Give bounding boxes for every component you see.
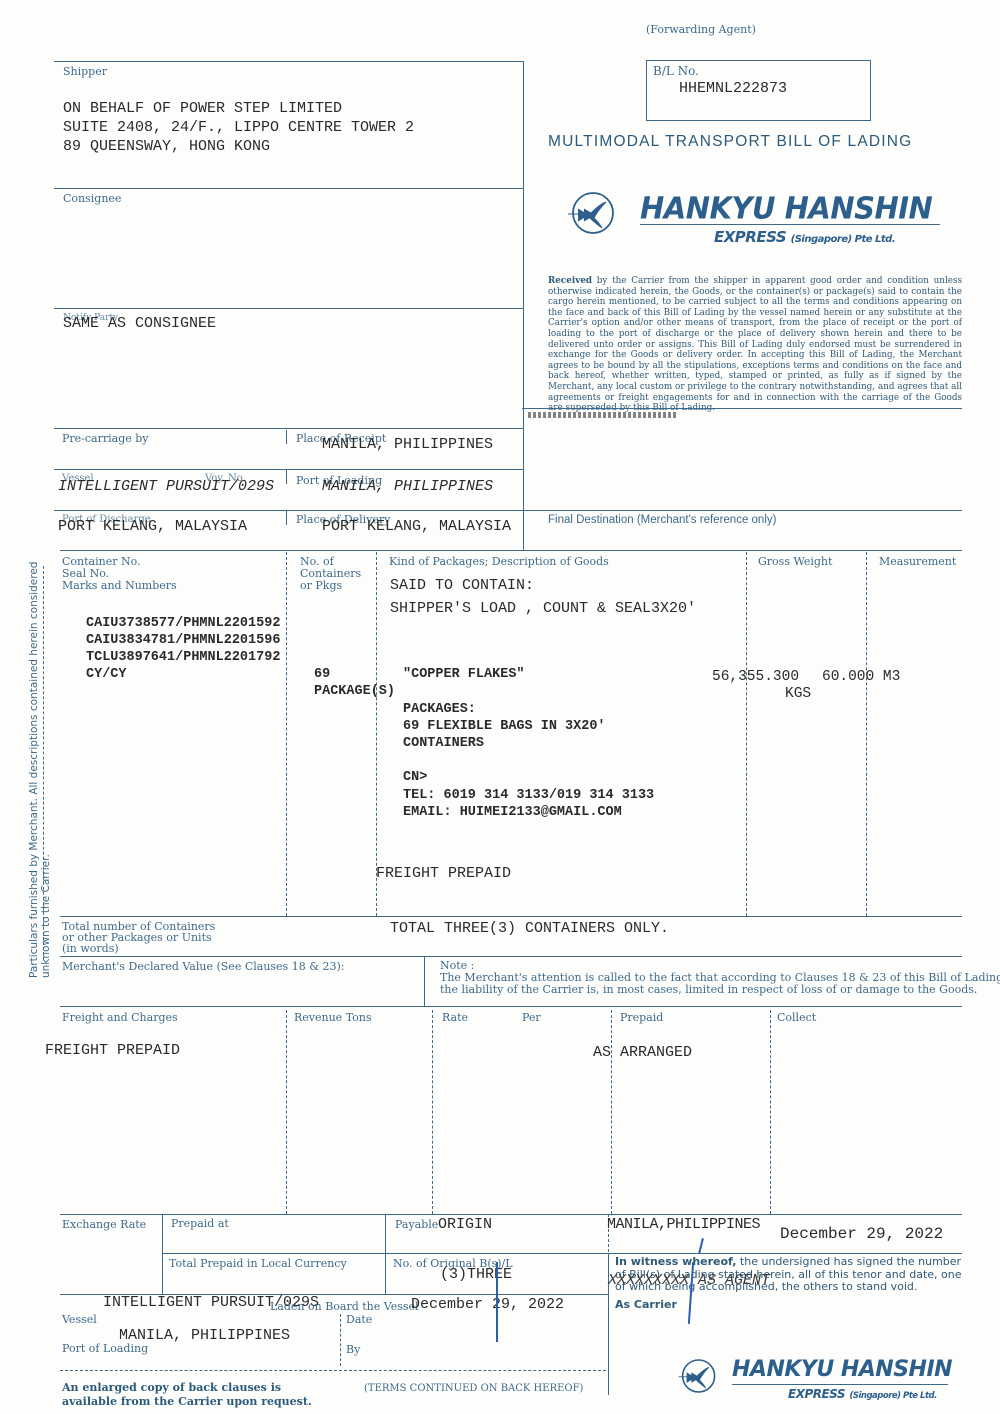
divider bbox=[60, 916, 962, 917]
package-unit: PACKAGE(S) bbox=[314, 684, 395, 700]
desc-line: CONTAINERS bbox=[403, 736, 484, 752]
prepaid-label: Prepaid bbox=[620, 1012, 663, 1024]
divider bbox=[424, 956, 425, 1006]
date-of-issue: December 29, 2022 bbox=[780, 1226, 943, 1243]
divider bbox=[162, 1214, 163, 1294]
brand-subtitle-bottom: EXPRESS (Singapore) Pte Ltd. bbox=[788, 1385, 937, 1403]
pre-carriage-label: Pre-carriage by bbox=[62, 433, 149, 445]
col-divider bbox=[770, 1010, 771, 1214]
shipper-label: Shipper bbox=[63, 66, 107, 78]
consignee-label: Consignee bbox=[63, 193, 121, 205]
bl-number-label: B/L No. bbox=[653, 65, 699, 77]
brand-subtitle: EXPRESS (Singapore) Pte Ltd. bbox=[714, 228, 895, 247]
place-of-delivery-value: PORT KELANG, MALAYSIA bbox=[322, 518, 511, 535]
signature-mark bbox=[698, 1238, 704, 1254]
vessel-label: Vessel bbox=[62, 1314, 97, 1326]
freight-value: FREIGHT PREPAID bbox=[45, 1042, 180, 1059]
airplane-circle-icon bbox=[677, 1356, 717, 1396]
payable-value: ORIGIN bbox=[438, 1216, 492, 1233]
col-divider bbox=[432, 1010, 433, 1214]
divider bbox=[162, 1253, 962, 1254]
description-column-header: Kind of Packages; Description of Goods bbox=[389, 556, 609, 568]
divider bbox=[60, 956, 962, 957]
document-title: MULTIMODAL TRANSPORT BILL OF LADING bbox=[548, 133, 912, 151]
divider bbox=[385, 1214, 386, 1294]
freight-charges-label: Freight and Charges bbox=[62, 1012, 178, 1024]
received-lead: Received bbox=[548, 276, 592, 286]
container-mark: TCLU3897641/PHMNL2201792 bbox=[86, 650, 280, 666]
divider bbox=[54, 469, 524, 470]
port-loading-label: Port of Loading bbox=[62, 1343, 148, 1355]
brand-singapore: (Singapore) Pte Ltd. bbox=[791, 234, 896, 245]
prepaid-value: AS ARRANGED bbox=[593, 1044, 692, 1061]
package-count: 69 bbox=[314, 667, 330, 683]
laden-on-board-label: Laden on Board the Vessel bbox=[270, 1301, 419, 1313]
as-agent-stamp: XXXXXXXXX AS AGENT bbox=[608, 1272, 770, 1289]
col-divider bbox=[376, 552, 377, 916]
side-note-line: unknown to the Carrier. bbox=[40, 558, 52, 978]
col-divider bbox=[340, 1314, 341, 1366]
received-text: by the Carrier from the shipper in appar… bbox=[548, 276, 962, 413]
container-mark: CAIU3834781/PHMNL2201596 bbox=[86, 633, 280, 649]
originals-value: (3)THREE bbox=[440, 1266, 512, 1283]
received-clause: Received by the Carrier from the shipper… bbox=[548, 276, 962, 414]
final-destination-label: Final Destination (Merchant's reference … bbox=[548, 514, 776, 526]
per-label: Per bbox=[522, 1012, 541, 1024]
back-clauses-note: An enlarged copy of back clauses is avai… bbox=[62, 1381, 312, 1409]
container-mark: CY/CY bbox=[86, 667, 127, 683]
freight-prepaid-note: FREIGHT PREPAID bbox=[376, 865, 511, 882]
total-prepaid-label: Total Prepaid in Local Currency bbox=[169, 1258, 347, 1270]
gross-weight-column-header: Gross Weight bbox=[758, 556, 832, 568]
brand-logo-bottom bbox=[677, 1356, 717, 1396]
collect-label: Collect bbox=[777, 1012, 816, 1024]
shipper-load-count: SHIPPER'S LOAD , COUNT & SEAL3X20' bbox=[390, 600, 696, 617]
header-line: or Pkgs bbox=[300, 580, 342, 592]
bl-number-box: B/L No. HHEMNL222873 bbox=[646, 60, 871, 121]
divider bbox=[524, 510, 962, 511]
signature-mark bbox=[496, 1262, 498, 1342]
brand-express: EXPRESS bbox=[714, 228, 786, 246]
revenue-tons-label: Revenue Tons bbox=[294, 1012, 372, 1024]
left-column-border bbox=[523, 61, 524, 551]
divider bbox=[60, 1214, 962, 1215]
as-carrier-label: As Carrier bbox=[615, 1298, 677, 1311]
by-label: By bbox=[346, 1344, 360, 1356]
gross-weight-value: 56,355.300 bbox=[712, 669, 799, 685]
col-divider bbox=[746, 552, 747, 916]
col-divider bbox=[286, 552, 287, 916]
dashed-divider bbox=[60, 1370, 606, 1371]
shipper-line: SUITE 2408, 24/F., LIPPO CENTRE TOWER 2 bbox=[63, 119, 414, 136]
brand-name: HANKYU HANSHIN bbox=[640, 190, 932, 226]
header-line: Marks and Numbers bbox=[62, 580, 177, 592]
declared-value-label: Merchant's Declared Value (See Clauses 1… bbox=[62, 961, 344, 973]
side-note-line: Particulars furnished by Merchant. All d… bbox=[28, 558, 40, 978]
forwarding-agent-label: (Forwarding Agent) bbox=[646, 24, 756, 36]
laden-date: December 29, 2022 bbox=[411, 1296, 564, 1313]
divider bbox=[60, 1006, 962, 1007]
brand-underline bbox=[640, 224, 940, 225]
measurement-column-header: Measurement bbox=[879, 556, 956, 568]
measurement-value: 60.000 M3 bbox=[822, 669, 900, 685]
port-of-discharge-value: PORT KELANG, MALAYSIA bbox=[58, 518, 247, 535]
place-of-issue: MANILA,PHILIPPINES bbox=[607, 1216, 760, 1233]
total-containers-value: TOTAL THREE(3) CONTAINERS ONLY. bbox=[390, 920, 669, 937]
consignee-top-border bbox=[54, 188, 524, 189]
note-line: An enlarged copy of back clauses is bbox=[62, 1381, 312, 1395]
brand-logo bbox=[566, 188, 616, 238]
note-line: the liability of the Carrier is, in most… bbox=[440, 984, 977, 996]
divider bbox=[286, 511, 287, 525]
airplane-circle-icon bbox=[566, 188, 616, 238]
weight-unit: KGS bbox=[785, 686, 811, 702]
divider bbox=[286, 470, 287, 484]
col-divider bbox=[866, 552, 867, 916]
bl-number: HHEMNL222873 bbox=[679, 80, 787, 97]
shipper-line: 89 QUEENSWAY, HONG KONG bbox=[63, 138, 270, 155]
commodity: "COPPER FLAKES" bbox=[403, 667, 525, 683]
exchange-rate-label: Exchange Rate bbox=[62, 1219, 146, 1231]
container-mark: CAIU3738577/PHMNL2201592 bbox=[86, 616, 280, 632]
desc-line: 69 FLEXIBLE BAGS IN 3X20' bbox=[403, 719, 606, 735]
rate-label: Rate bbox=[442, 1012, 468, 1024]
col-divider bbox=[611, 1010, 612, 1214]
divider bbox=[54, 510, 524, 511]
payable-label: Payable bbox=[395, 1219, 438, 1231]
brand-singapore: (Singapore) Pte Ltd. bbox=[850, 1391, 937, 1401]
shipper-top-border bbox=[54, 61, 524, 62]
divider bbox=[522, 408, 962, 409]
desc-line: EMAIL: HUIMEI2133@GMAIL.COM bbox=[403, 805, 622, 821]
notify-top-border bbox=[54, 308, 524, 309]
col-divider bbox=[286, 1010, 287, 1214]
label-line: (in words) bbox=[62, 943, 119, 955]
terms-continued: (TERMS CONTINUED ON BACK HEREOF) bbox=[364, 1383, 583, 1395]
witness-lead: In witness whereof, bbox=[615, 1255, 736, 1268]
routing-top-border bbox=[54, 428, 524, 429]
desc-line: TEL: 6019 314 3133/019 314 3133 bbox=[403, 788, 654, 804]
vessel-voy-value: INTELLIGENT PURSUIT/029S bbox=[58, 478, 274, 495]
divider bbox=[286, 430, 287, 444]
faded-stamp bbox=[528, 412, 678, 418]
port-of-loading-value: MANILA, PHILIPPINES bbox=[322, 478, 493, 495]
brand-express: EXPRESS bbox=[788, 1387, 845, 1401]
desc-line: CN> bbox=[403, 770, 427, 786]
notify-party-value: SAME AS CONSIGNEE bbox=[63, 315, 216, 332]
goods-top-border bbox=[60, 550, 962, 551]
note-line: available from the Carrier upon request. bbox=[62, 1395, 312, 1409]
prepaid-at-label: Prepaid at bbox=[171, 1218, 229, 1230]
shipper-line: ON BEHALF OF POWER STEP LIMITED bbox=[63, 100, 342, 117]
brand-name-bottom: HANKYU HANSHIN bbox=[732, 1357, 952, 1382]
desc-line: PACKAGES: bbox=[403, 702, 476, 718]
date-label: Date bbox=[346, 1314, 372, 1326]
said-to-contain: SAID TO CONTAIN: bbox=[390, 577, 534, 594]
merchant-particulars-note: Particulars furnished by Merchant. All d… bbox=[28, 558, 52, 978]
place-of-receipt-value: MANILA, PHILIPPINES bbox=[322, 436, 493, 453]
